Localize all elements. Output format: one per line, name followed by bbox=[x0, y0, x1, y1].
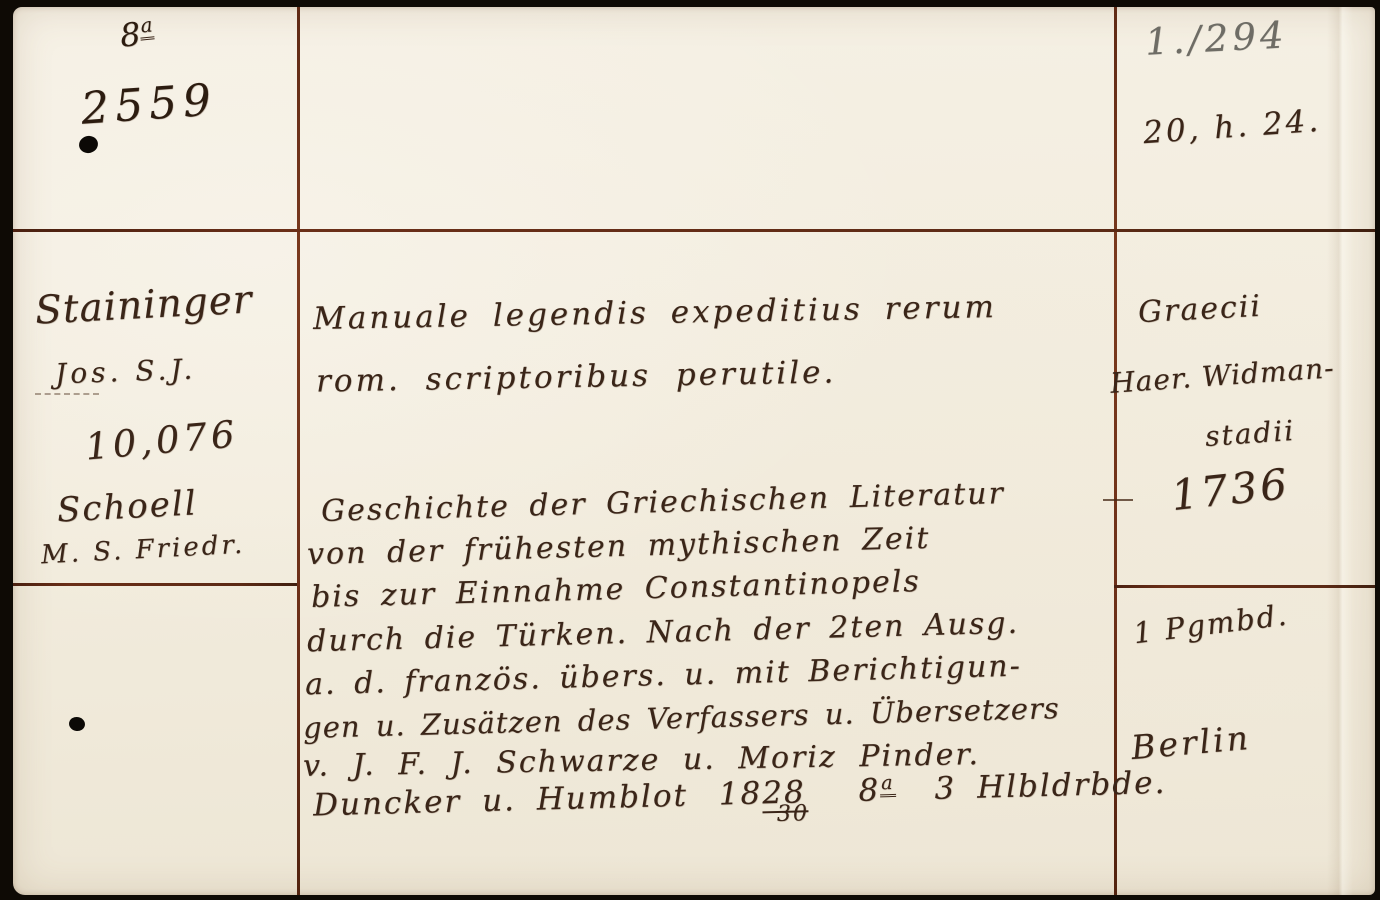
entry1-imprint-printer1: Haer. Widman- bbox=[1109, 351, 1335, 400]
entry1-call-number: 10,076 bbox=[83, 412, 240, 468]
entry1-imprint-year: 1736 bbox=[1169, 459, 1292, 520]
entry2-author-given: M. S. Friedr. bbox=[40, 530, 246, 571]
entry2-size-mark: 8a bbox=[858, 772, 896, 809]
shelf-mark: 20, h. 24. bbox=[1142, 103, 1322, 151]
vertical-rule-right bbox=[1114, 7, 1117, 895]
entry2-extent: 3 Hlbldrbde. bbox=[934, 765, 1167, 807]
entry1-imprint-place: Graecii bbox=[1137, 289, 1263, 330]
dash-mark bbox=[1103, 499, 1133, 501]
size-mark: 8a bbox=[118, 13, 156, 54]
entry2-size-base: 8 bbox=[858, 773, 881, 810]
entry2-year-bottom: 30 bbox=[776, 801, 809, 828]
accession-number: 2559 bbox=[79, 74, 218, 134]
horizontal-rule-top bbox=[13, 229, 1375, 232]
entry2-place: Berlin bbox=[1130, 718, 1253, 767]
entry2-title-line: bis zur Einnahme Constantinopels bbox=[311, 564, 922, 615]
entry1-author-given: Jos. S.J. bbox=[54, 353, 196, 391]
pencil-number: 1./294 bbox=[1144, 13, 1288, 63]
entry2-year-base: 18 bbox=[718, 776, 762, 813]
punch-hole-top bbox=[77, 134, 100, 155]
dash-mark bbox=[35, 393, 99, 395]
entry1-title-line1: Manuale legendis expeditius rerum bbox=[313, 289, 997, 337]
catalog-card: 8a 2559 1./294 20, h. 24. Staininger Jos… bbox=[13, 7, 1375, 895]
horizontal-rule-left-segment bbox=[13, 583, 297, 586]
entry2-year-fraction: 2830 bbox=[762, 775, 808, 812]
entry2-publisher: Duncker u. Humblot bbox=[313, 778, 689, 824]
entry2-title-line: von der frühesten mythischen Zeit bbox=[307, 521, 931, 572]
paper-fold bbox=[1327, 7, 1353, 895]
entry2-author-surname: Schoell bbox=[56, 483, 198, 530]
punch-hole-bottom bbox=[68, 716, 86, 733]
vertical-rule-left bbox=[297, 7, 300, 895]
size-mark-sup: a bbox=[138, 14, 154, 41]
entry1-title-line2: rom. scriptoribus perutile. bbox=[316, 354, 837, 399]
entry2-binding: 1 Pgmbd. bbox=[1132, 598, 1291, 651]
entry1-imprint-printer2: stadii bbox=[1204, 414, 1296, 453]
entry2-size-sup: a bbox=[880, 771, 896, 797]
entry1-author-surname: Staininger bbox=[34, 277, 254, 333]
horizontal-rule-right-segment bbox=[1114, 585, 1375, 588]
